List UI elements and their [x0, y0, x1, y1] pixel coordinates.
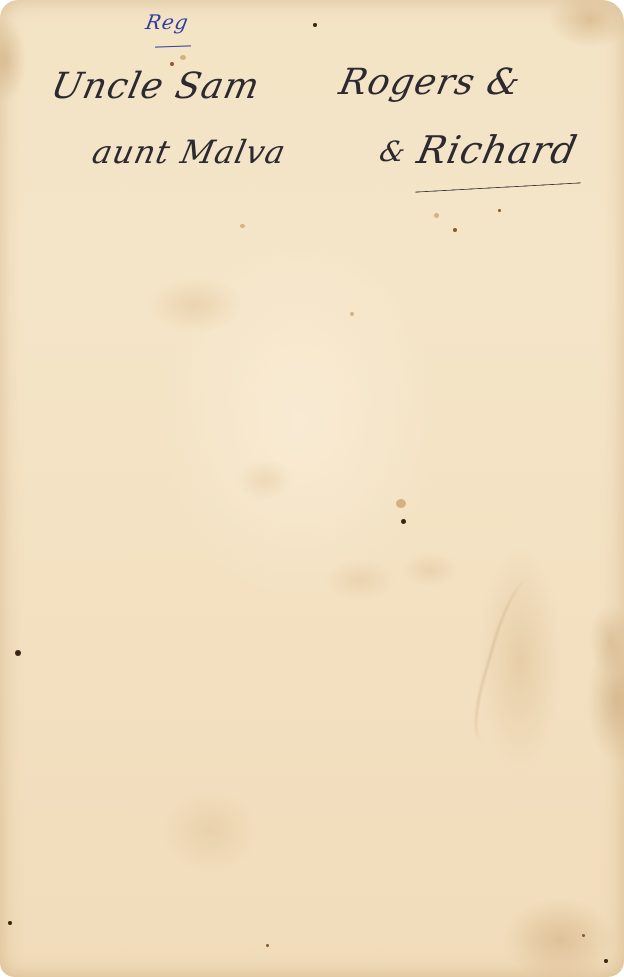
- handwritten-rogers: Rogers &: [336, 62, 525, 103]
- photo-card-back: Reg Uncle Sam Rogers & aunt Malva & Rich…: [0, 0, 624, 977]
- reg-underline: [155, 45, 191, 47]
- paper-crease: [465, 580, 553, 740]
- foxing-spot: [396, 499, 406, 508]
- foxing-spot: [582, 934, 585, 937]
- foxing-spot: [180, 55, 186, 60]
- handwritten-richard: Richard: [413, 128, 581, 172]
- foxing-spot: [498, 209, 501, 212]
- foxing-spot: [604, 959, 608, 963]
- foxing-spot: [434, 213, 439, 218]
- handwritten-uncle-sam: Uncle Sam: [48, 66, 264, 107]
- handwritten-ampersand: &: [376, 135, 409, 168]
- foxing-spot: [8, 921, 12, 925]
- richard-underline: [415, 182, 581, 192]
- reg-note: Reg: [144, 10, 191, 34]
- foxing-spot: [453, 228, 457, 232]
- ink-spot: [313, 23, 317, 27]
- foxing-spot: [15, 650, 21, 656]
- foxing-spot: [401, 519, 406, 524]
- foxing-spot: [266, 944, 269, 947]
- foxing-spot: [240, 224, 245, 228]
- handwritten-aunt-malva: aunt Malva: [89, 133, 290, 171]
- foxing-spot: [350, 312, 354, 316]
